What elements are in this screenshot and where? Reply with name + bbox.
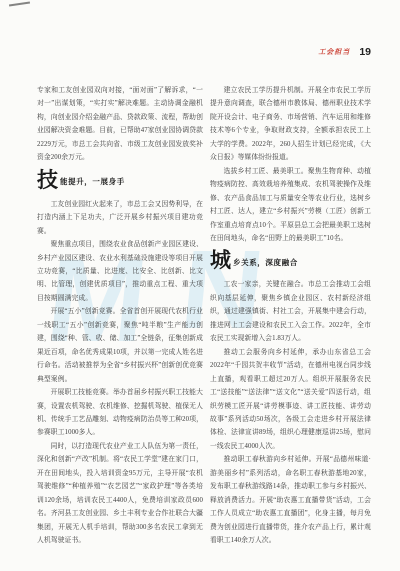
page-number: 19 [359, 46, 371, 58]
section-header-urban-rural: 城 乡关系，深度融合 [210, 250, 371, 271]
magazine-page: 工会担当19 M N 专家和工友创业园双向对接，“面对面”了解诉求，“一对一”出… [0, 0, 400, 571]
section-header-skills: 技 能提升，一展身手 [37, 170, 203, 191]
paragraph: 聚焦重点项目，围绕农业食品创新产业园区建设、乡村产业园区建设、农业水利基础设施建… [37, 238, 203, 305]
section-subtitle: 乡关系，深度融合 [231, 256, 298, 271]
paragraph: 工友创业园红火起来了，市总工会又因势利导，在打造内涵上下足功夫，广泛开展乡村振兴… [37, 198, 203, 238]
section-big-char: 技 [37, 170, 58, 191]
right-column: 建立农民工学历提升机制。开展全市农民工学历提升意向调查，联合德州市教体局、德州职… [210, 84, 371, 548]
paragraph: 选拔乡村工匠、最美职工。聚焦生物育种、动植物疫病防控、高效栽培养殖集成、农机驾驶… [210, 165, 371, 246]
paragraph: 工农一家亲，关键在融合。市总工会推动工会组织向基层延伸，聚焦乡镇企业园区、农村新… [210, 278, 371, 345]
page-header: 工会担当19 [0, 42, 371, 60]
paragraph: 推动职工春秋游向乡村延伸。开展“品德州味道·游美丽乡村”系列活动，命名职工春秋游… [210, 453, 371, 547]
paragraph: 开展职工技能竞赛。举办首届乡村振兴职工技能大赛，设置农机驾驶、农机维修、挖掘机驾… [37, 386, 203, 440]
paragraph: 推动工会服务向乡村延伸，承办山东省总工会2022年“千园共贺丰收节”活动，在德州… [210, 346, 371, 454]
section-subtitle: 能提升，一展身手 [58, 175, 125, 190]
paragraph: 建立农民工学历提升机制。开展全市农民工学历提升意向调查，联合德州市教体局、德州职… [210, 84, 371, 165]
section-big-char: 城 [210, 250, 231, 271]
paragraph: 同时，以打造现代农业产业工人队伍为第一责任，深化和创新“产改”机制。将“农民工学… [37, 440, 203, 548]
left-column: 专家和工友创业园双向对接，“面对面”了解诉求，“一对一”出谋划策，“实打实”解决… [37, 84, 203, 548]
paragraph: 开展“五小”创新竞赛。全省首创开展现代农机行业一线职工“五小”创新竞赛，聚焦“吨… [37, 305, 203, 386]
column-label: 工会担当 [318, 49, 350, 56]
paragraph-carryover: 专家和工友创业园双向对接，“面对面”了解诉求，“一对一”出谋划策，“实打实”解决… [37, 84, 203, 165]
